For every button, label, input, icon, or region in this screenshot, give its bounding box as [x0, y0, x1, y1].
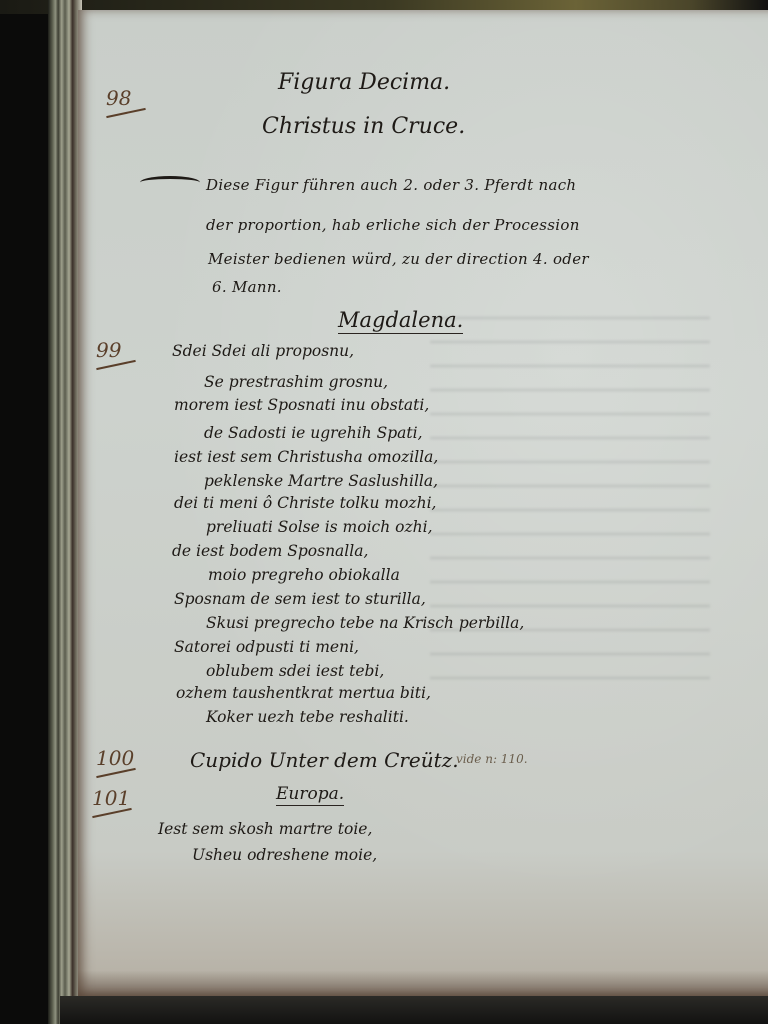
section-heading-europa: Europa.: [276, 784, 344, 806]
background-bottom-edge: [60, 996, 768, 1024]
verse-line: moio pregreho obiokalla: [208, 566, 400, 584]
margin-number-text: 100: [96, 746, 134, 770]
verse-line: Skusi pregrecho tebe na Krisch perbilla,: [206, 614, 524, 632]
book-binding-edge: [48, 0, 82, 1024]
margin-number-text: 99: [96, 338, 121, 362]
verse-line: iest iest sem Christusha omozilla,: [174, 448, 438, 466]
page-subtitle: Christus in Cruce.: [262, 114, 465, 139]
margin-number-text: 101: [92, 786, 130, 810]
instruction-line: 6. Mann.: [212, 278, 282, 296]
margin-number-101: 101: [92, 786, 132, 814]
margin-number-99: 99: [96, 338, 136, 366]
instruction-line: Meister bedienen würd, zu der direction …: [208, 250, 589, 268]
instruction-line: Diese Figur führen auch 2. oder 3. Pferd…: [206, 176, 576, 194]
verse-line: preliuati Solse is moich ozhi,: [206, 518, 433, 536]
verse-line: dei ti meni ô Christe tolku mozhi,: [174, 494, 436, 512]
margin-number-98: 98: [106, 86, 146, 114]
verse-line: de iest bodem Sposnalla,: [172, 542, 368, 560]
verse-line: oblubem sdei iest tebi,: [206, 662, 384, 680]
cross-reference-note: vide n: 110.: [456, 752, 528, 766]
verse-line: Satorei odpusti ti meni,: [174, 638, 359, 656]
initial-flourish: [140, 176, 200, 189]
verse-line: Koker uezh tebe reshaliti.: [206, 708, 409, 726]
margin-number-text: 98: [106, 86, 131, 110]
instruction-line: der proportion, hab erliche sich der Pro…: [206, 216, 580, 234]
verse-line: de Sadosti ie ugrehih Spati,: [204, 424, 423, 442]
verse-line: Se prestrashim grosnu,: [204, 373, 388, 391]
verse-line: Usheu odreshene moie,: [192, 846, 377, 864]
verse-line: Sdei Sdei ali proposnu,: [172, 342, 354, 360]
section-heading-cupido: Cupido Unter dem Creütz.: [190, 748, 459, 772]
section-heading-magdalena: Magdalena.: [338, 308, 463, 334]
verse-line: Iest sem skosh martre toie,: [158, 820, 372, 838]
ink-bleed-through: [430, 300, 710, 700]
margin-number-100: 100: [96, 746, 136, 774]
verse-line: morem iest Sposnati inu obstati,: [174, 396, 429, 414]
verse-line: peklenske Martre Saslushilla,: [204, 472, 438, 490]
page-title: Figura Decima.: [278, 70, 450, 95]
verse-line: Sposnam de sem iest to sturilla,: [174, 590, 426, 608]
verse-line: ozhem taushentkrat mertua biti,: [176, 684, 431, 702]
